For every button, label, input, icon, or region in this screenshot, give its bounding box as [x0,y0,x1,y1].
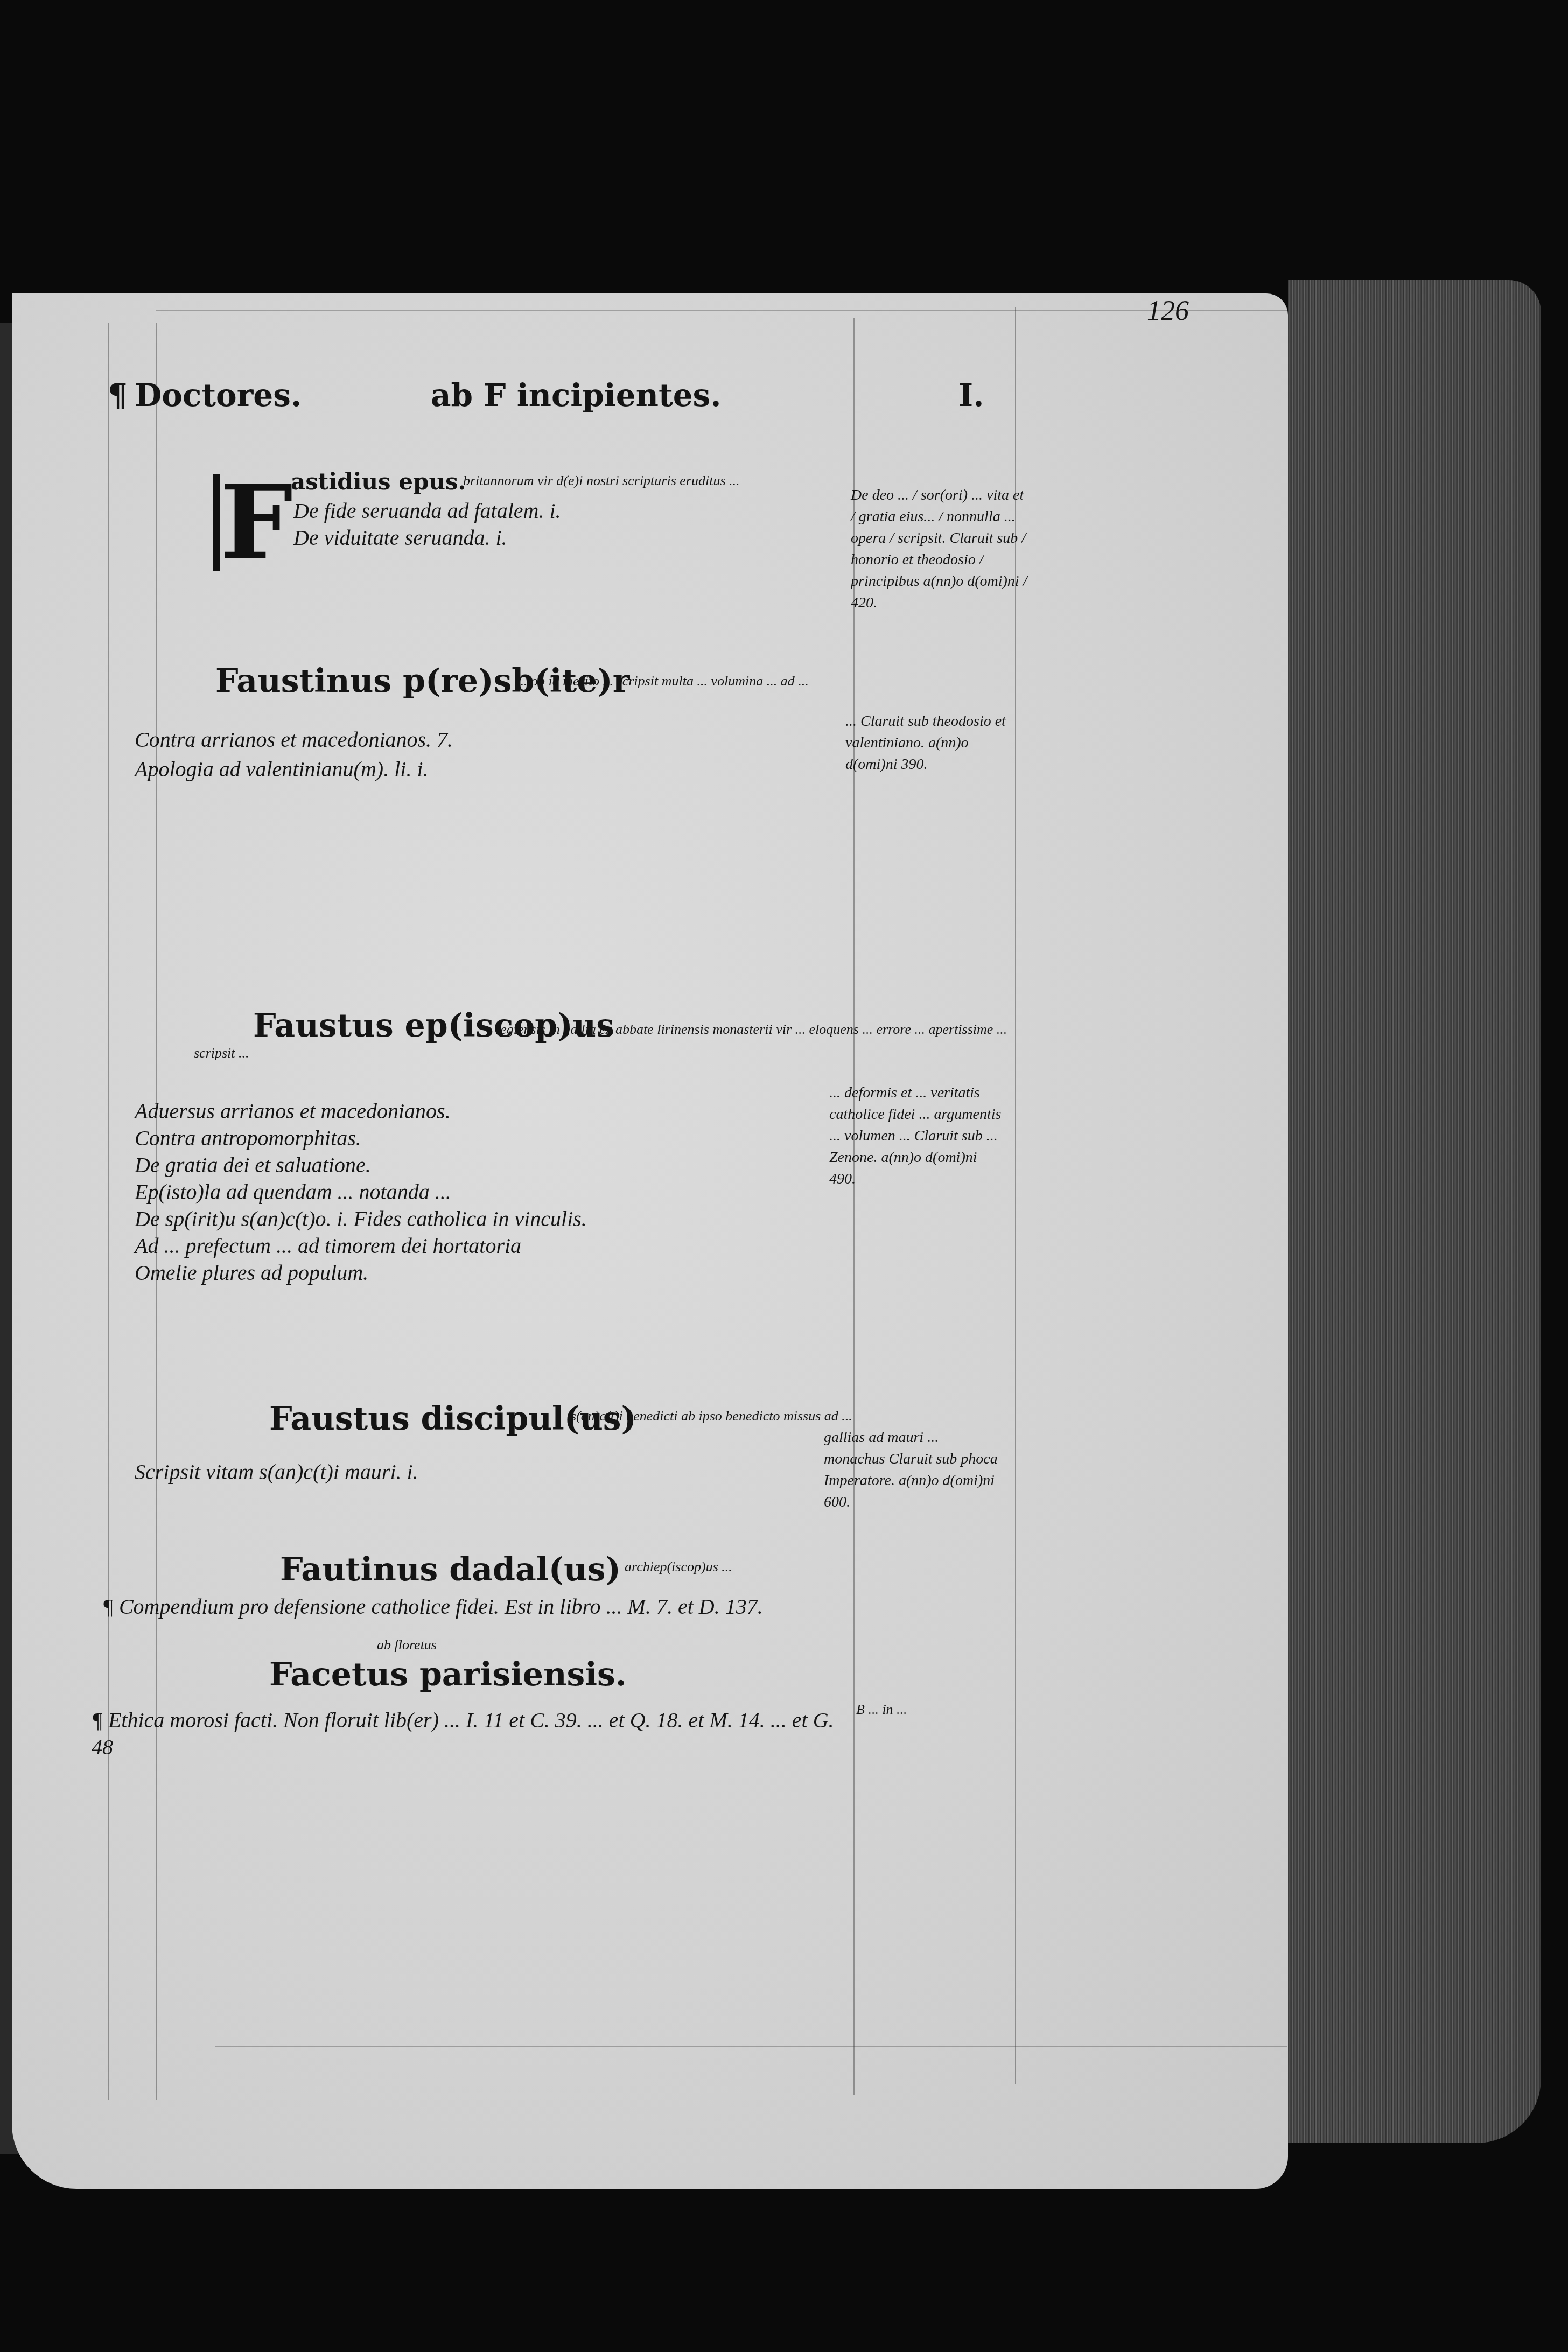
margin-note: ... deformis et ... veritatis catholice … [829,1082,1007,1190]
header-pilcrow: ¶ [108,377,128,414]
entry-name: astidius epus. [291,468,466,495]
entry-name: Fautinus dadal(us) [280,1551,621,1588]
book-fore-edge [1288,280,1541,2143]
margin-note: ... Claruit sub theodosio et valentinian… [845,711,1023,775]
entry-work: De fide seruanda ad fatalem. i. [293,498,561,523]
entry-work: De gratia dei et saluatione. [135,1152,371,1178]
entry-work: Omelie plures ad populum. [135,1260,368,1285]
entry-work: Aduersus arrianos et macedonianos. [135,1098,451,1124]
entry-description: archiep(iscop)us ... [625,1559,732,1575]
entry-work: De sp(irit)u s(an)c(t)o. i. Fides cathol… [135,1206,587,1231]
entry-description: ... ob id merito ... scripsit multa ... … [517,673,1002,689]
entry-work: Contra antropomorphitas. [135,1125,361,1151]
folio-number: 126 [1147,295,1189,327]
entry-work: Ep(isto)la ad quendam ... notanda ... [135,1179,451,1205]
entry-work: De viduitate seruanda. i. [293,525,507,550]
header-title-right: I. [958,377,984,414]
entry-description: britannorum vir d(e)i nostri scripturis … [463,473,740,489]
entry-description: s(an)c(t)i benedicti ab ipso benedicto m… [571,1408,852,1424]
margin-note: De deo ... / sor(ori) ... vita et / grat… [851,485,1028,614]
entry-work: Ad ... prefectum ... ad timorem dei hort… [135,1233,521,1258]
entry-work: Apologia ad valentinianu(m). li. i. [135,757,429,782]
margin-note: B ... in ... [856,1702,907,1718]
ruling-line-top [156,310,1287,311]
entry-work: ¶ Ethica morosi facti. Non floruit lib(e… [92,1707,856,1761]
entry-name: Facetus parisiensis. [269,1656,627,1693]
ruling-line-left-outer [108,323,109,2100]
ruling-line-bottom [215,2046,1287,2047]
entry-description: regiensis in gallia ex abbate lirinensis… [194,1018,1012,1065]
entry-work: Contra arrianos et macedonianos. 7. [135,727,453,752]
entry-work: ¶ Compendium pro defensione catholice fi… [102,1594,763,1619]
margin-note: gallias ad mauri ... monachus Claruit su… [824,1427,1002,1513]
header-title-left: Doctores. [135,377,302,414]
entry-work: Scripsit vitam s(an)c(t)i mauri. i. [135,1459,418,1485]
header-title-center: ab F incipientes. [431,377,721,414]
decorated-initial: F [213,474,285,571]
entry-superscript-note: ab floretus [377,1637,437,1653]
